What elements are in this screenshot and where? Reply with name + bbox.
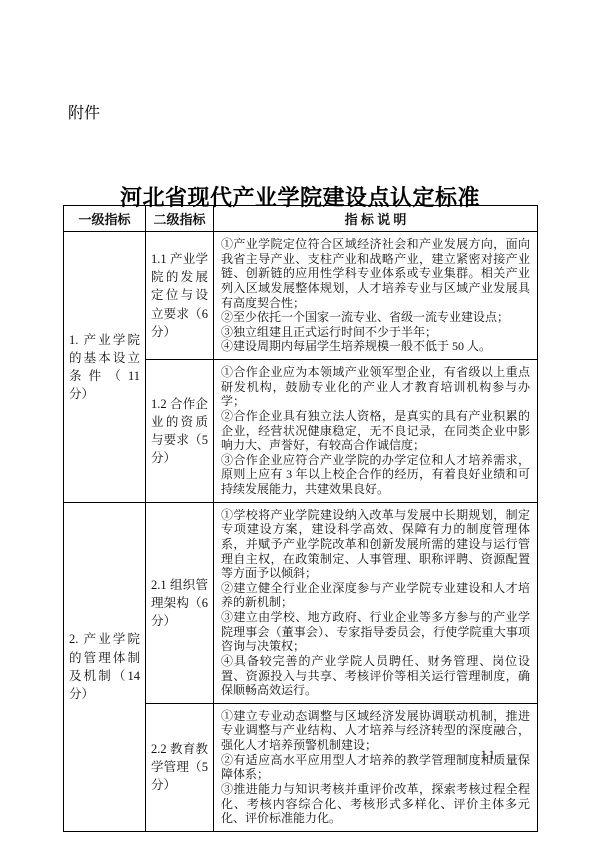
table-header-row: 一级指标 二级指标 指 标 说 明	[64, 206, 538, 232]
page-number: —11—	[455, 747, 522, 763]
standards-table: 一级指标 二级指标 指 标 说 明 1. 产业学院的基本设立条件（11 分） 1…	[63, 205, 538, 832]
page-number-value: 11	[470, 747, 507, 762]
cell-level2-2-1: 2.1 组织管理架构（6 分）	[146, 502, 214, 703]
cell-level2-2-2: 2.2 教育教学管理（5 分）	[146, 703, 214, 831]
page-number-dash-right: —	[507, 747, 522, 762]
table-row: 1. 产业学院的基本设立条件（11 分） 1.1 产业学院的发展定位与设立要求（…	[64, 232, 538, 360]
cell-description-1-1: ①产业学院定位符合区域经济社会和产业发展方向，面向我省主导产业、支柱产业和战略产…	[214, 232, 538, 360]
table-row: 2. 产业学院的管理体制及机制（14 分） 2.1 组织管理架构（6 分） ①学…	[64, 502, 538, 703]
page-number-dash-left: —	[455, 747, 470, 762]
attachment-label: 附件	[68, 100, 100, 123]
cell-level1-group1: 1. 产业学院的基本设立条件（11 分）	[64, 232, 146, 503]
document-page: 附件 河北省现代产业学院建设点认定标准 一级指标 二级指标 指 标 说 明 1.…	[0, 0, 600, 848]
cell-level1-group2: 2. 产业学院的管理体制及机制（14 分）	[64, 502, 146, 831]
header-description: 指 标 说 明	[214, 206, 538, 232]
header-level1: 一级指标	[64, 206, 146, 232]
cell-description-2-1: ①学校将产业学院建设纳入改革与发展中长期规划，制定专项建设方案，建设科学高效、保…	[214, 502, 538, 703]
cell-description-1-2: ①合作企业应为本领域产业领军型企业，有省级以上重点研发机构，鼓励专业化的产业人才…	[214, 360, 538, 503]
cell-description-2-2: ①建立专业动态调整与区域经济发展协调联动机制，推进专业调整与产业结构、人才培养与…	[214, 703, 538, 831]
cell-level2-1-2: 1.2 合作企业的资质与要求（5 分）	[146, 360, 214, 503]
header-level2: 二级指标	[146, 206, 214, 232]
cell-level2-1-1: 1.1 产业学院的发展定位与设立要求（6 分）	[146, 232, 214, 360]
